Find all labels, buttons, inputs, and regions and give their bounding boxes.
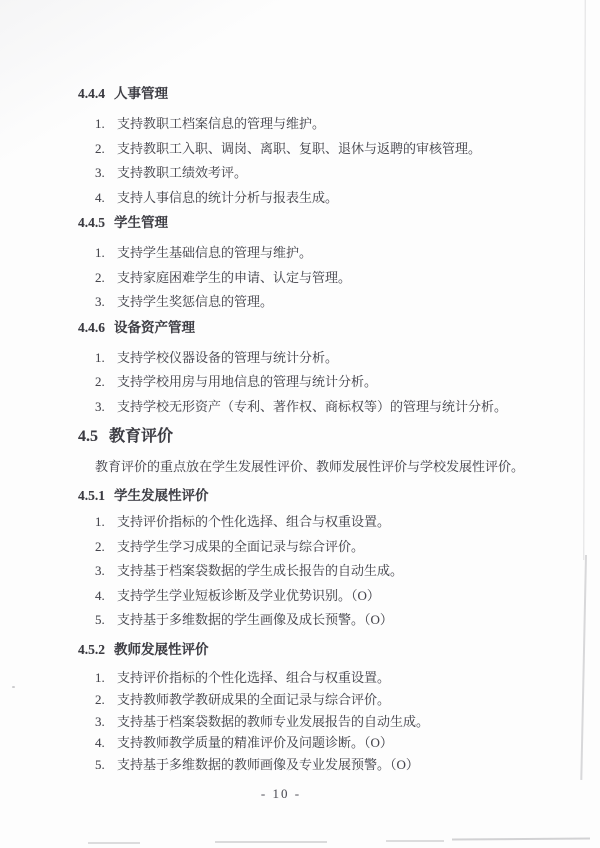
- section-heading-446: 4.4.6设备资产管理: [78, 319, 546, 337]
- scan-dust-speck: [12, 686, 15, 688]
- section-heading-45: 4.5教育评价: [78, 426, 546, 448]
- scan-edge-line-right-lower: [580, 555, 586, 780]
- list-item: 3.支持基于档案袋数据的教师专业发展报告的自动生成。: [95, 714, 546, 736]
- section-number: 4.4.5: [78, 215, 105, 230]
- list-item-number: 2.: [95, 692, 117, 707]
- section-452-list: 1.支持评价指标的个性化选择、组合与权重设置。 2.支持教师教学教研成果的全面记…: [78, 670, 546, 779]
- list-item: 4.支持教师教学质量的精准评价及问题诊断。（O）: [95, 735, 546, 757]
- list-item: 1.支持学校仪器设备的管理与统计分析。: [95, 350, 546, 375]
- list-item-number: 1.: [95, 116, 117, 131]
- document-content: 4.4.4人事管理 1.支持教职工档案信息的管理与维护。 2.支持教职工入职、调…: [78, 85, 546, 802]
- list-item: 3.支持学生奖惩信息的管理。: [95, 294, 546, 319]
- list-item: 4.支持学生学业短板诊断及学业优势识别。（O）: [95, 588, 546, 613]
- section-444-list: 1.支持教职工档案信息的管理与维护。 2.支持教职工入职、调岗、离职、复职、退休…: [78, 116, 546, 214]
- list-item-text: 支持学生学业短板诊断及学业优势识别。（O）: [117, 588, 380, 603]
- section-number: 4.4.4: [78, 86, 105, 101]
- section-number: 4.5: [78, 428, 98, 445]
- scan-edge-line-right: [583, 0, 585, 560]
- list-item: 4.支持人事信息的统计分析与报表生成。: [95, 190, 546, 215]
- list-item-number: 3.: [95, 165, 117, 180]
- list-item-number: 3.: [95, 399, 117, 414]
- list-item-text: 支持学生基础信息的管理与维护。: [117, 245, 312, 260]
- list-item-number: 2.: [95, 141, 117, 156]
- list-item-text: 支持学校无形资产（专利、著作权、商标权等）的管理与统计分析。: [117, 399, 507, 414]
- section-title: 设备资产管理: [114, 320, 195, 335]
- list-item-text: 支持学校用房与用地信息的管理与统计分析。: [117, 374, 377, 389]
- list-item-text: 支持学校仪器设备的管理与统计分析。: [117, 350, 338, 365]
- section-445-list: 1.支持学生基础信息的管理与维护。 2.支持家庭困难学生的申请、认定与管理。 3…: [78, 245, 546, 319]
- list-item-text: 支持学生奖惩信息的管理。: [117, 294, 273, 309]
- section-title: 教育评价: [109, 428, 173, 445]
- list-item: 1.支持教职工档案信息的管理与维护。: [95, 116, 546, 141]
- list-item: 3.支持学校无形资产（专利、著作权、商标权等）的管理与统计分析。: [95, 399, 546, 424]
- list-item-text: 支持基于档案袋数据的教师专业发展报告的自动生成。: [117, 714, 429, 729]
- section-title: 教师发展性评价: [114, 642, 209, 657]
- scan-edge-line-bottom: [88, 842, 140, 844]
- list-item-number: 2.: [95, 539, 117, 554]
- list-item-number: 4.: [95, 588, 117, 603]
- list-item-number: 3.: [95, 714, 117, 729]
- scan-edge-line-bottom: [452, 838, 590, 841]
- list-item-number: 1.: [95, 350, 117, 365]
- list-item: 2.支持学校用房与用地信息的管理与统计分析。: [95, 374, 546, 399]
- list-item-text: 支持教职工绩效考评。: [117, 165, 247, 180]
- section-title: 学生发展性评价: [114, 488, 209, 503]
- list-item-number: 4.: [95, 190, 117, 205]
- list-item-number: 1.: [95, 245, 117, 260]
- list-item-text: 支持家庭困难学生的申请、认定与管理。: [117, 270, 351, 285]
- section-heading-451: 4.5.1学生发展性评价: [78, 487, 546, 505]
- list-item-number: 1.: [95, 670, 117, 685]
- list-item: 2.支持学生学习成果的全面记录与综合评价。: [95, 539, 546, 564]
- list-item-text: 支持基于多维数据的教师画像及专业发展预警。（O）: [117, 757, 419, 772]
- list-item-number: 2.: [95, 270, 117, 285]
- list-item-text: 支持学生学习成果的全面记录与综合评价。: [117, 539, 364, 554]
- list-item: 5.支持基于多维数据的教师画像及专业发展预警。（O）: [95, 757, 546, 779]
- section-title: 学生管理: [114, 215, 168, 230]
- section-451-list: 1.支持评价指标的个性化选择、组合与权重设置。 2.支持学生学习成果的全面记录与…: [78, 514, 546, 637]
- list-item: 1.支持评价指标的个性化选择、组合与权重设置。: [95, 514, 546, 539]
- list-item-text: 支持教职工入职、调岗、离职、复职、退休与返聘的审核管理。: [117, 141, 481, 156]
- list-item: 2.支持家庭困难学生的申请、认定与管理。: [95, 270, 546, 295]
- list-item: 3.支持基于档案袋数据的学生成长报告的自动生成。: [95, 563, 546, 588]
- scanned-document-page: 4.4.4人事管理 1.支持教职工档案信息的管理与维护。 2.支持教职工入职、调…: [0, 0, 600, 848]
- list-item-number: 5.: [95, 612, 117, 627]
- scan-edge-line-bottom: [215, 841, 327, 843]
- page-number: - 10 -: [47, 786, 515, 802]
- list-item-number: 1.: [95, 514, 117, 529]
- section-45-paragraph: 教育评价的重点放在学生发展性评价、教师发展性评价与学校发展性评价。: [78, 458, 546, 476]
- list-item-text: 支持评价指标的个性化选择、组合与权重设置。: [117, 670, 390, 685]
- section-446-list: 1.支持学校仪器设备的管理与统计分析。 2.支持学校用房与用地信息的管理与统计分…: [78, 350, 546, 424]
- list-item: 1.支持评价指标的个性化选择、组合与权重设置。: [95, 670, 546, 692]
- section-title: 人事管理: [114, 86, 168, 101]
- list-item-text: 支持教师教学教研成果的全面记录与综合评价。: [117, 692, 390, 707]
- list-item-text: 支持人事信息的统计分析与报表生成。: [117, 190, 338, 205]
- list-item: 3.支持教职工绩效考评。: [95, 165, 546, 190]
- section-heading-444: 4.4.4人事管理: [78, 85, 546, 103]
- section-number: 4.5.1: [78, 488, 105, 503]
- list-item-text: 支持基于多维数据的学生画像及成长预警。（O）: [117, 612, 393, 627]
- list-item: 1.支持学生基础信息的管理与维护。: [95, 245, 546, 270]
- scan-edge-line-bottom: [386, 840, 444, 842]
- section-heading-445: 4.4.5学生管理: [78, 214, 546, 232]
- list-item: 2.支持教职工入职、调岗、离职、复职、退休与返聘的审核管理。: [95, 141, 546, 166]
- list-item: 2.支持教师教学教研成果的全面记录与综合评价。: [95, 692, 546, 714]
- section-heading-452: 4.5.2教师发展性评价: [78, 641, 546, 659]
- list-item-number: 3.: [95, 294, 117, 309]
- list-item-text: 支持教师教学质量的精准评价及问题诊断。（O）: [117, 735, 393, 750]
- list-item-text: 支持教职工档案信息的管理与维护。: [117, 116, 325, 131]
- section-number: 4.4.6: [78, 320, 105, 335]
- list-item-number: 5.: [95, 757, 117, 772]
- list-item-number: 4.: [95, 735, 117, 750]
- list-item: 5.支持基于多维数据的学生画像及成长预警。（O）: [95, 612, 546, 637]
- list-item-number: 3.: [95, 563, 117, 578]
- list-item-text: 支持基于档案袋数据的学生成长报告的自动生成。: [117, 563, 403, 578]
- section-number: 4.5.2: [78, 642, 105, 657]
- list-item-number: 2.: [95, 374, 117, 389]
- list-item-text: 支持评价指标的个性化选择、组合与权重设置。: [117, 514, 390, 529]
